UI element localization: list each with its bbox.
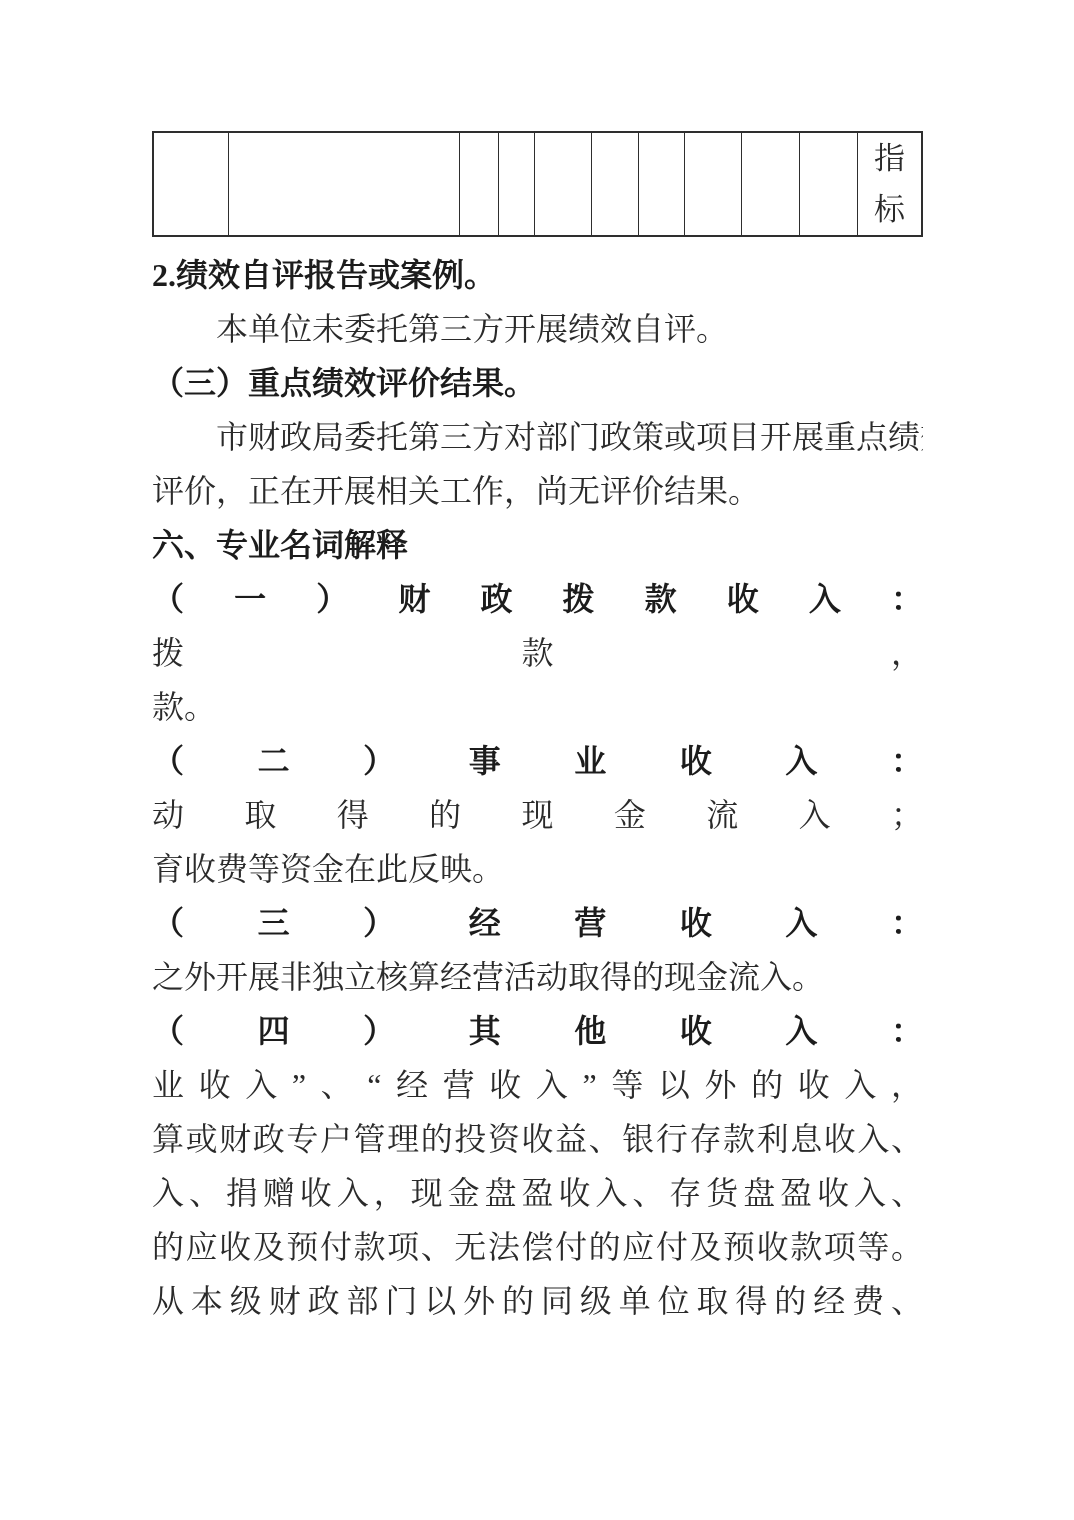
table-fragment: 指标 [152,131,923,237]
text-line: 本单位未委托第三方开展绩效自评。 [152,302,923,356]
body-text-segment: 本单位未委托第三方开展绩效自评。 [216,311,728,347]
table-cell-text: 标 [874,184,905,235]
body-text-segment: 评价，正在开展相关工作，尚无评价结果。 [152,473,760,509]
bold-text-segment: （四）其他收入： [152,1013,923,1049]
table-cell-empty [592,133,639,235]
table-cell-empty [499,133,535,235]
document-page: 指标 2.绩效自评报告或案例。本单位未委托第三方开展绩效自评。（三）重点绩效评价… [0,0,1074,1520]
body-text-segment: 的应收及预付款项、无法偿付的应付及预收款项等。各单位 [152,1229,923,1274]
text-line: 评价，正在开展相关工作，尚无评价结果。 [152,464,923,518]
text-line: 算或财政专户管理的投资收益、银行存款利息收入、租金收 [152,1112,923,1166]
bold-text-segment: 2.绩效自评报告或案例。 [152,257,496,293]
table-cell-text: 指 [874,133,905,184]
text-line: 之外开展非独立核算经营活动取得的现金流入。 [152,950,923,1004]
table-cell-empty [535,133,592,235]
text-line: 动取得的现金流入；事业单位收到的财政专户实际核拨的教 [152,788,923,842]
body-text-segment: 算或财政专户管理的投资收益、银行存款利息收入、租金收 [152,1121,923,1166]
text-line: 育收费等资金在此反映。 [152,842,923,896]
text-line: 市财政局委托第三方对部门政策或项目开展重点绩效 [152,410,923,464]
text-line: 的应收及预付款项、无法偿付的应付及预收款项等。各单位 [152,1220,923,1274]
bold-text-segment: （二）事业收入： [152,743,923,779]
text-line: （一）财政拨款收入：指本年度从本级财政部门取得的财政 [152,572,923,626]
document-lines: 2.绩效自评报告或案例。本单位未委托第三方开展绩效自评。（三）重点绩效评价结果。… [152,248,923,1328]
body-text-segment: 动取得的现金流入；事业单位收到的财政专户实际核拨的教 [152,797,923,842]
table-cell-indicator: 指标 [858,133,921,235]
bold-text-segment: （三）经营收入： [152,905,923,941]
table-cell-empty [685,133,742,235]
bold-text-segment: 六、专业名词解释 [152,527,408,563]
body-text-segment: 业收入”、“经营收入”等以外的收入，包括未纳入财政预 [152,1067,923,1112]
body-text-segment: 拨款，包括一般公共预算财政拨款和政府性基金预算财政拨 [152,635,923,680]
heading-line: 六、专业名词解释 [152,518,923,572]
body-text-segment: 从本级财政部门以外的同级单位取得的经费、从非本级财政 [152,1283,923,1328]
text-line: （二）事业收入：指事业单位开展专业业务活动及其辅助活 [152,734,923,788]
bold-text-segment: （一）财政拨款收入： [152,581,923,617]
table-cell-empty [800,133,858,235]
body-text-segment: 款。 [152,689,216,725]
text-line: 从本级财政部门以外的同级单位取得的经费、从非本级财政 [152,1274,923,1328]
body-text-segment: 市财政局委托第三方对部门政策或项目开展重点绩效 [216,419,923,455]
body-text-segment: 之外开展非独立核算经营活动取得的现金流入。 [152,959,824,995]
body-text-segment: 入、捐赠收入，现金盘盈收入、存货盘盈收入、收回已核销 [152,1175,923,1220]
text-line: 业收入”、“经营收入”等以外的收入，包括未纳入财政预 [152,1058,923,1112]
heading-line: 2.绩效自评报告或案例。 [152,248,923,302]
table-cell-empty [460,133,499,235]
table-cell-empty [229,133,460,235]
text-line: （三）经营收入：指事业单位在专业业务活动及其辅助活动 [152,896,923,950]
text-line: （四）其他收入：指单位取得的除“财政拨款收入”、“事 [152,1004,923,1058]
table-cell-empty [742,133,800,235]
text-line: 款。 [152,680,923,734]
bold-text-segment: （三）重点绩效评价结果。 [152,365,536,401]
body-text-segment: 育收费等资金在此反映。 [152,851,504,887]
table-cell-empty [154,133,229,235]
table-cell-empty [639,133,685,235]
heading-line: （三）重点绩效评价结果。 [152,356,923,410]
text-line: 入、捐赠收入，现金盘盈收入、存货盘盈收入、收回已核销 [152,1166,923,1220]
text-line: 拨款，包括一般公共预算财政拨款和政府性基金预算财政拨 [152,626,923,680]
